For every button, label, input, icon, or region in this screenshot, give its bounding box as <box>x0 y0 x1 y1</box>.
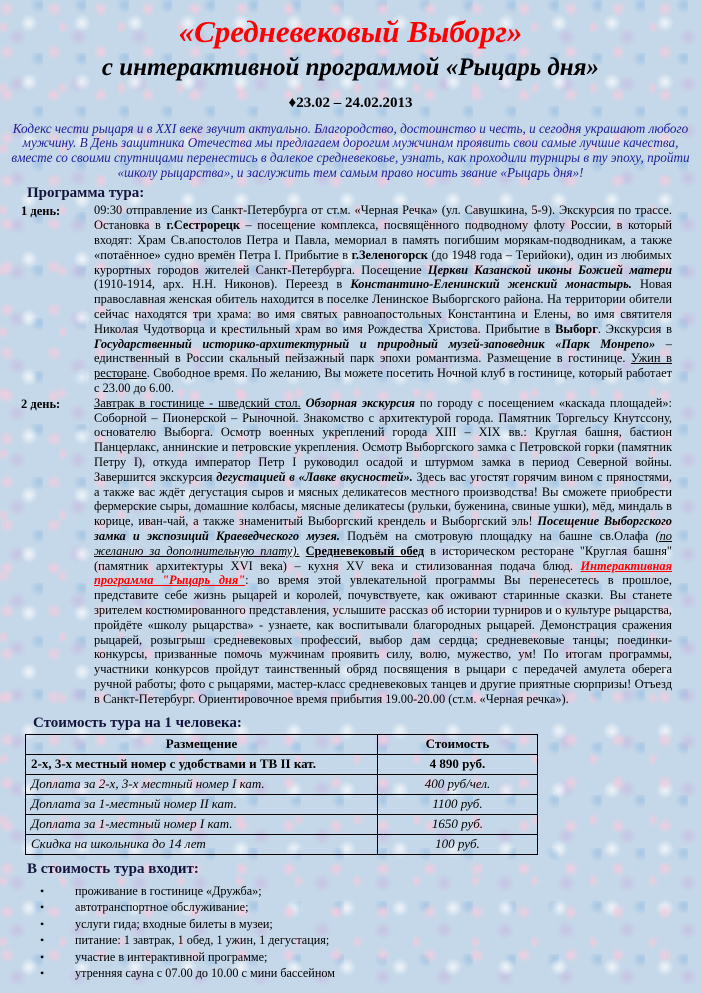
program-heading: Программа тура: <box>27 185 701 202</box>
list-item: утренняя сауна с 07.00 до 10.00 с мини б… <box>38 965 701 982</box>
pricing-row: 2-х, 3-х местный номер с удобствами и ТВ… <box>26 754 538 774</box>
text-run: . Экскурсия в <box>598 322 672 336</box>
price-cell: 4 890 руб. <box>378 754 538 774</box>
pricing-row: Доплата за 1-местный номер II кат. 1100 … <box>26 794 538 814</box>
pricing-row: Доплата за 2-х, 3-х местный номер I кат.… <box>26 774 538 794</box>
text-run: Государственный историко-архитектурный и… <box>94 337 655 351</box>
pricing-header-row: Размещение Стоимость <box>26 734 538 754</box>
intro-paragraph: Кодекс чести рыцаря и в XXI веке звучит … <box>6 122 695 181</box>
room-cell: Скидка на школьника до 14 лет <box>26 834 378 854</box>
text-run: . Свободное время. По желанию, Вы можете… <box>94 366 672 395</box>
text-run: Обзорная экскурсия <box>306 396 415 410</box>
list-item: услуги гида; входные билеты в музеи; <box>38 916 701 933</box>
text-run: (1910-1914, арх. Н.Н. Никонов). Переезд … <box>94 277 350 291</box>
page-subtitle: с интерактивной программой «Рыцарь дня» <box>10 54 691 82</box>
text-run: Средневековый обед <box>306 544 424 558</box>
text-run: Константино-Еленинский женский монастырь… <box>350 277 632 291</box>
includes-heading: В стоимость тура входит: <box>27 861 701 878</box>
pricing-heading: Стоимость тура на 1 человека: <box>33 715 701 732</box>
pricing-row: Доплата за 1-местный номер I кат. 1650 р… <box>26 814 538 834</box>
text-run: Подъём на смотровую площадку на башне св… <box>340 529 655 543</box>
day-2-label: 2 день: <box>21 396 94 707</box>
room-cell: Доплата за 1-местный номер II кат. <box>26 794 378 814</box>
column-header-room: Размещение <box>26 734 378 754</box>
room-cell: Доплата за 1-местный номер I кат. <box>26 814 378 834</box>
text-run: : во время этой увлекательной программы … <box>94 573 672 705</box>
includes-list: проживание в гостинице «Дружба»; автотра… <box>38 883 701 983</box>
list-item: проживание в гостинице «Дружба»; <box>38 883 701 900</box>
price-cell: 1100 руб. <box>378 794 538 814</box>
text-run: Завтрак в гостинице - шведский стол. <box>94 396 301 410</box>
price-cell: 100 руб. <box>378 834 538 854</box>
text-run: Церкви Казанской иконы Божией матери <box>428 263 672 277</box>
day-1-text: 09:30 отправление из Санкт-Петербурга от… <box>94 203 672 395</box>
room-cell: 2-х, 3-х местный номер с удобствами и ТВ… <box>26 754 378 774</box>
day-2-text: Завтрак в гостинице - шведский стол. Обз… <box>94 396 672 707</box>
text-run: Выборг <box>555 322 598 336</box>
price-cell: 400 руб/чел. <box>378 774 538 794</box>
pricing-table: Размещение Стоимость 2-х, 3-х местный но… <box>25 734 538 855</box>
list-item: питание: 1 завтрак, 1 обед, 1 ужин, 1 де… <box>38 932 701 949</box>
room-cell: Доплата за 2-х, 3-х местный номер I кат. <box>26 774 378 794</box>
text-run: г.Зеленогорск <box>352 248 428 262</box>
tour-dates: ♦23.02 – 24.02.2013 <box>10 95 691 112</box>
program-day-1: 1 день: 09:30 отправление из Санкт-Петер… <box>21 203 672 395</box>
list-item: участие в интерактивной программе; <box>38 949 701 966</box>
program-day-2: 2 день: Завтрак в гостинице - шведский с… <box>21 396 672 707</box>
tour-flyer-page: «Средневековый Выборг» с интерактивной п… <box>0 0 701 993</box>
day-1-label: 1 день: <box>21 203 94 395</box>
list-item: автотранспортное обслуживание; <box>38 899 701 916</box>
text-run: г.Сестрорецк <box>166 218 240 232</box>
page-title: «Средневековый Выборг» <box>10 15 691 49</box>
pricing-row: Скидка на школьника до 14 лет 100 руб. <box>26 834 538 854</box>
text-run: дегустацией в «Лавке вкусностей». <box>216 470 412 484</box>
column-header-price: Стоимость <box>378 734 538 754</box>
price-cell: 1650 руб. <box>378 814 538 834</box>
